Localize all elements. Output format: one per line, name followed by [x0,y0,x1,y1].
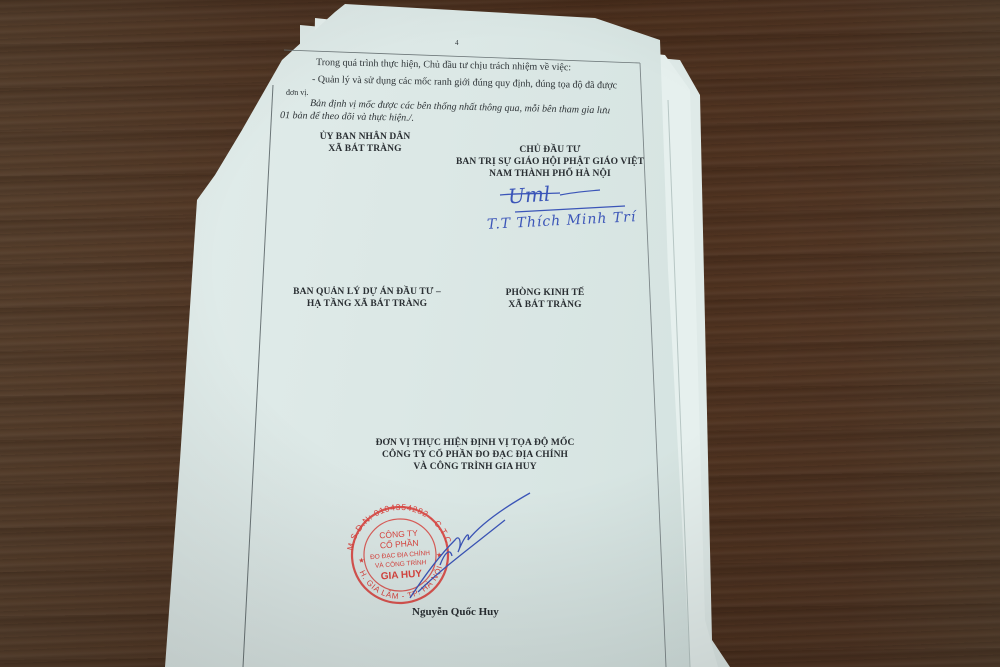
signer-name: Nguyễn Quốc Huy [412,606,499,618]
svg-text:★: ★ [358,556,365,564]
company-signature-strokes [410,493,530,598]
stamp-name: GIA HUY [380,569,422,583]
company-stamp: M.S.D.N: 0104354282 - C.T.C H. GIA LÂM -… [0,0,1000,667]
